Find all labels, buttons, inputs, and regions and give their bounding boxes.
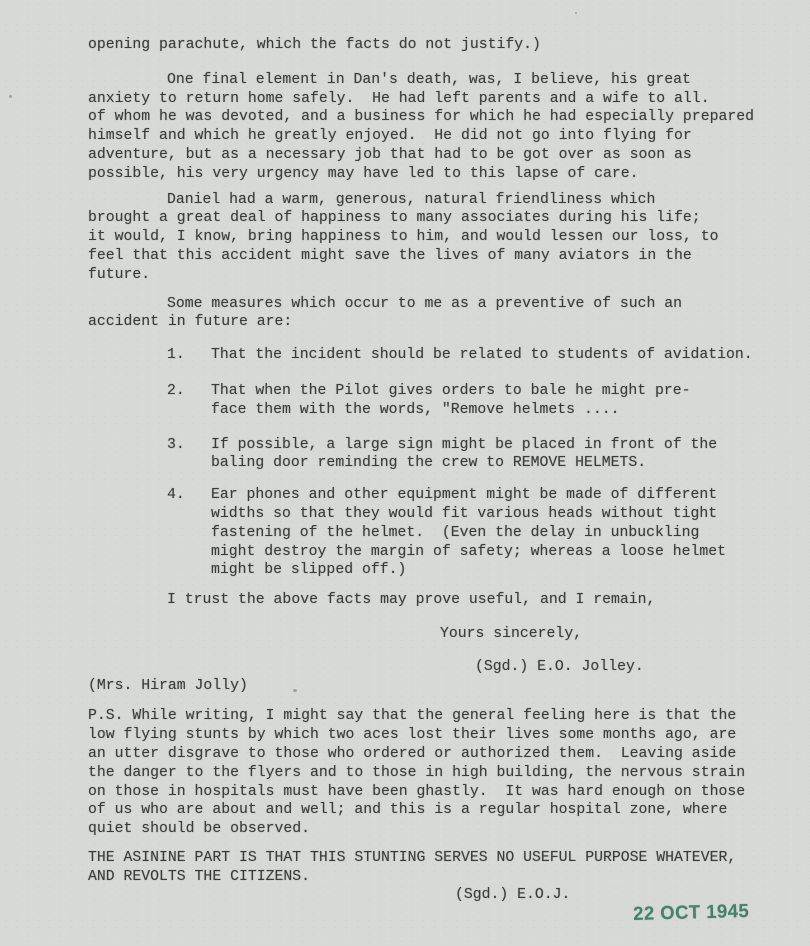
paragraph-daniel-friendliness: Daniel had a warm, generous, natural fri… bbox=[88, 191, 790, 285]
item-number: 2. bbox=[167, 382, 211, 420]
paragraph-measures-intro: Some measures which occur to me as a pre… bbox=[88, 295, 790, 333]
valediction: Yours sincerely, bbox=[440, 625, 790, 644]
letter-page: opening parachute, which the facts do no… bbox=[0, 0, 810, 946]
item-text: That when the Pilot gives orders to bale… bbox=[211, 382, 691, 420]
signature-line: (Sgd.) E.O. Jolley. bbox=[475, 658, 790, 677]
paper-speck bbox=[575, 12, 577, 14]
opening-fragment-line: opening parachute, which the facts do no… bbox=[88, 36, 790, 55]
item-text: Ear phones and other equipment might be … bbox=[211, 486, 726, 580]
measure-item-2: 2. That when the Pilot gives orders to b… bbox=[88, 382, 790, 420]
date-stamp: 22 OCT 1945 bbox=[633, 902, 786, 925]
preventive-measures-list: 1. That the incident should be related t… bbox=[88, 346, 790, 580]
item-number: 3. bbox=[167, 436, 211, 474]
measure-item-1: 1. That the incident should be related t… bbox=[88, 346, 790, 365]
closing-line: I trust the above facts may prove useful… bbox=[88, 591, 790, 610]
paper-speck bbox=[9, 95, 12, 98]
item-text: That the incident should be related to s… bbox=[211, 346, 753, 365]
paper-speck bbox=[293, 689, 297, 692]
emphasis-line: THE ASININE PART IS THAT THIS STUNTING S… bbox=[88, 849, 790, 887]
postscript: P.S. While writing, I might say that the… bbox=[88, 707, 790, 839]
item-number: 4. bbox=[167, 486, 211, 580]
measure-item-4: 4. Ear phones and other equipment might … bbox=[88, 486, 790, 580]
item-number: 1. bbox=[167, 346, 211, 365]
item-text: If possible, a large sign might be place… bbox=[211, 436, 717, 474]
measure-item-3: 3. If possible, a large sign might be pl… bbox=[88, 436, 790, 474]
sender-name: (Mrs. Hiram Jolly) bbox=[88, 677, 790, 696]
paragraph-final-element: One final element in Dan's death, was, I… bbox=[88, 71, 790, 184]
